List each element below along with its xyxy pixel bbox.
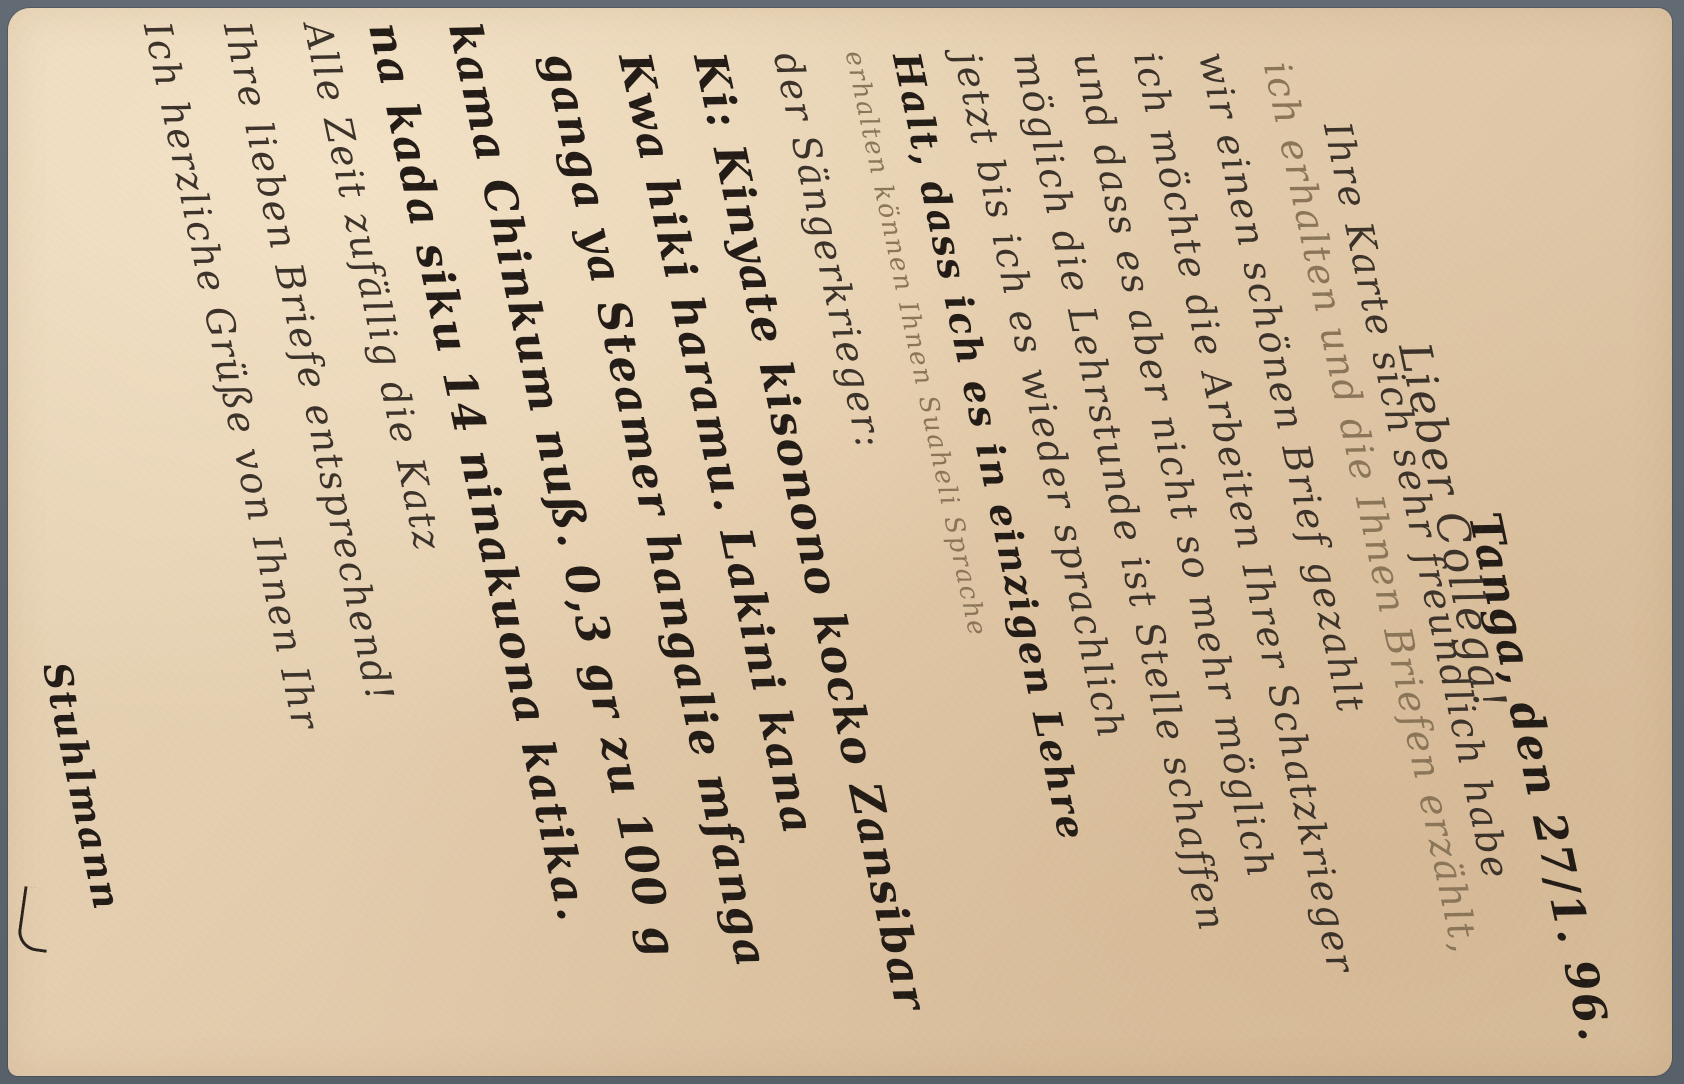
signature-flourish — [16, 886, 55, 953]
signature: Stuhlmann — [34, 658, 131, 915]
postcard: Tanga, den 27/1. 96. Lieber Collega! Ihr… — [8, 8, 1672, 1076]
